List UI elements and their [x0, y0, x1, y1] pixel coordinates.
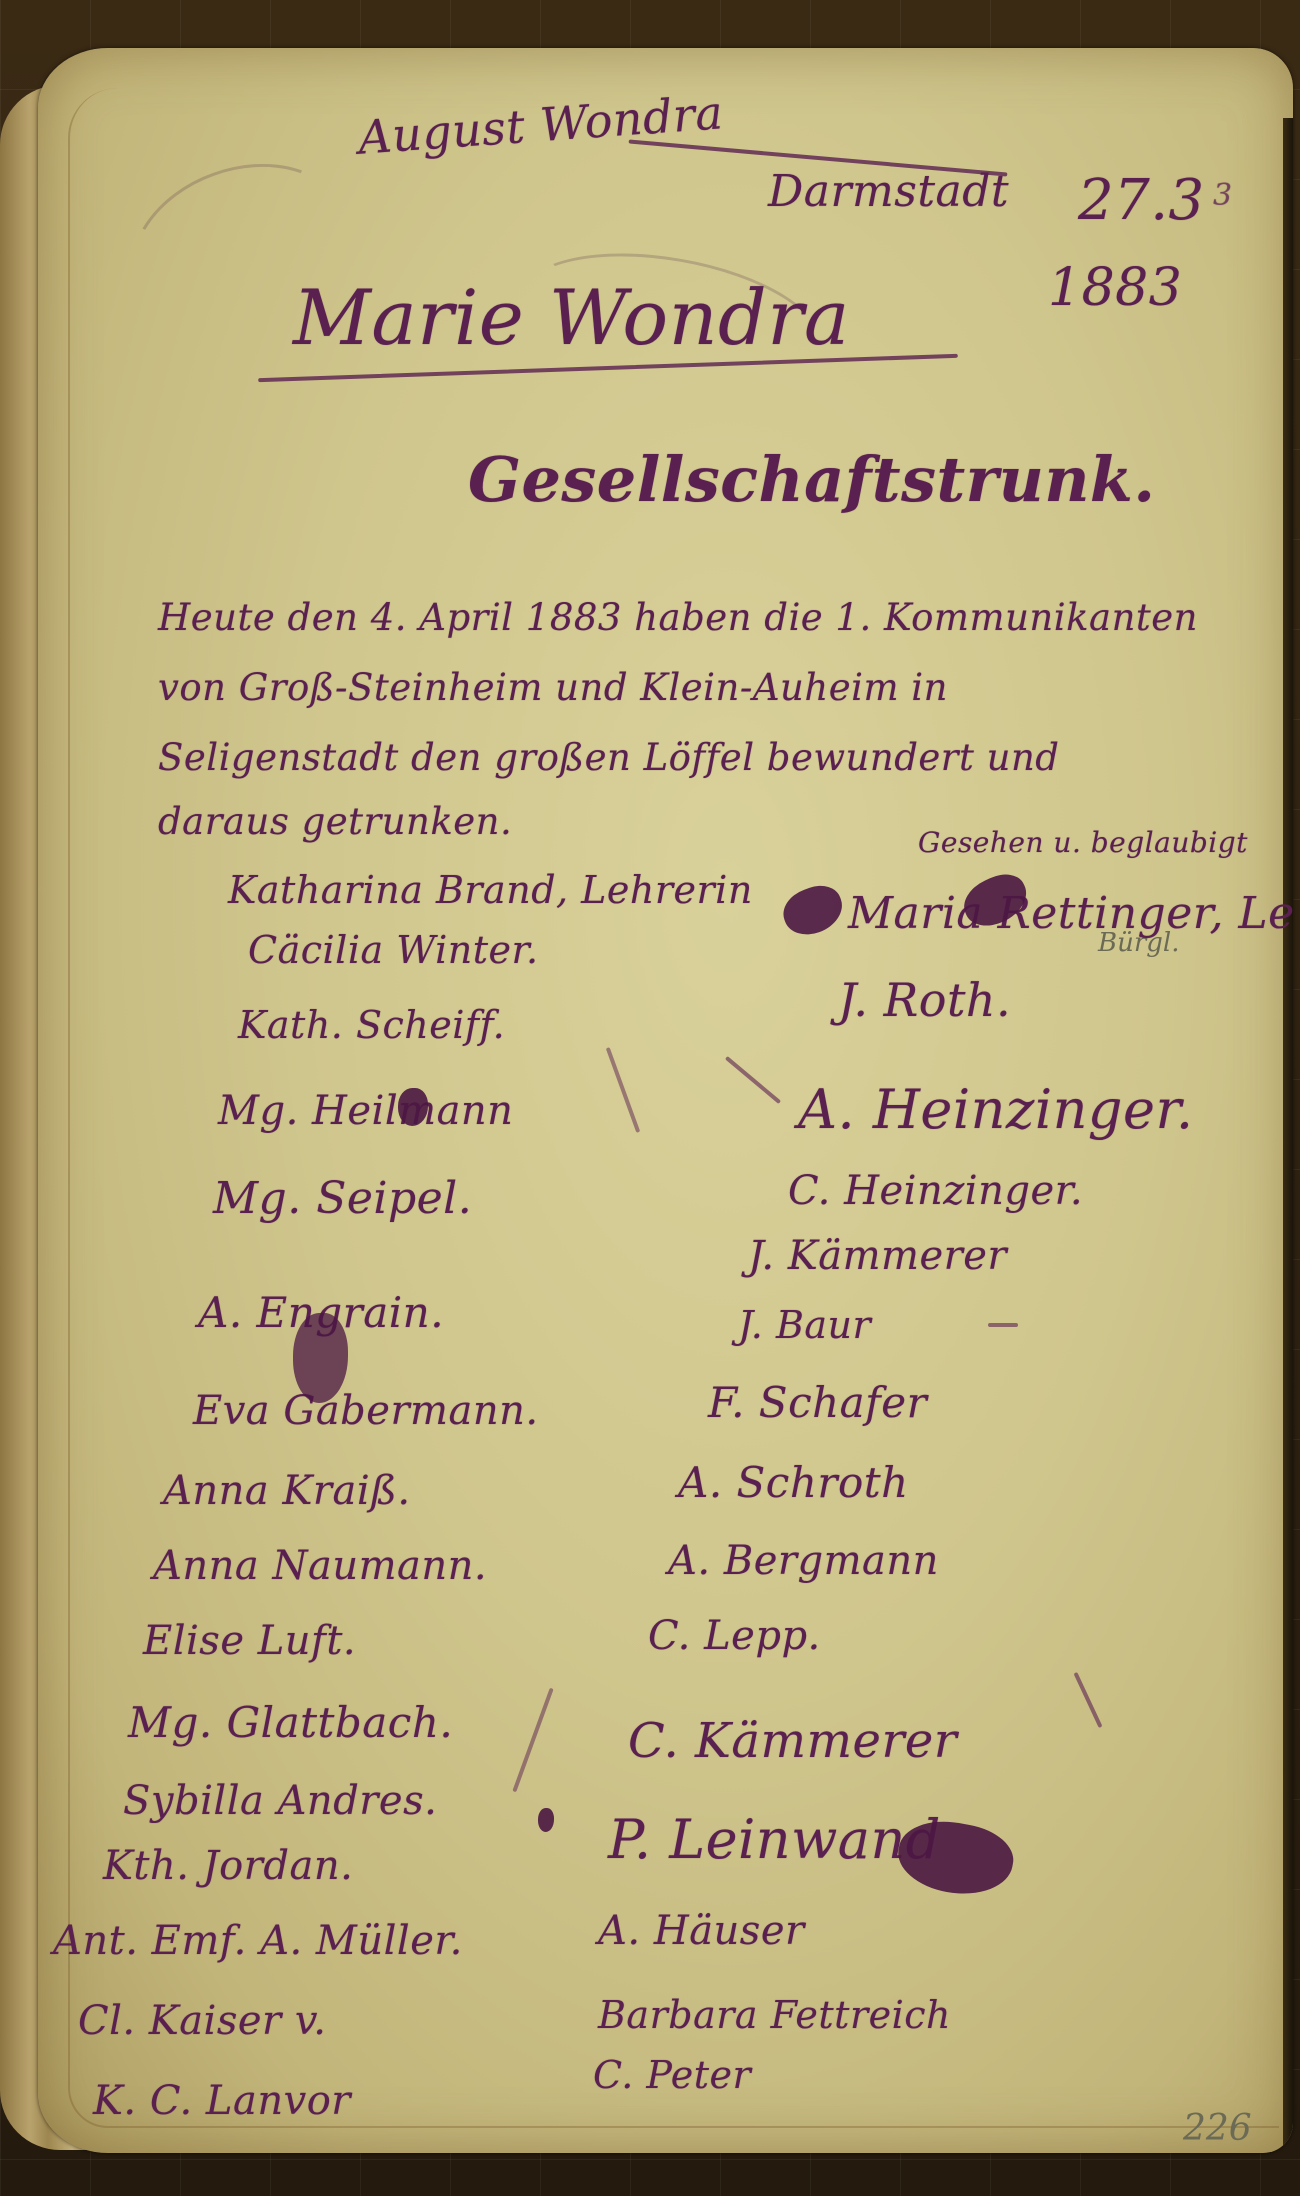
page-number: 226: [1183, 2108, 1252, 2149]
signature-right: J. Kämmerer: [748, 1233, 1007, 1279]
signature-right: A. Häuser: [598, 1908, 805, 1954]
signature-right: A. Bergmann: [668, 1538, 939, 1584]
signature-right: A. Schroth: [678, 1458, 909, 1507]
signature-left: Anna Kraiß.: [163, 1468, 411, 1514]
signature-right: P. Leinwand: [608, 1808, 941, 1871]
signature-right: C. Lepp.: [648, 1613, 821, 1659]
header-name-top: August Wondra: [357, 85, 725, 164]
header-year: 1883: [1048, 258, 1182, 318]
header-signature: Marie Wondra: [293, 273, 850, 362]
signature-right: Maria Rettinger, Lehrerin: [848, 888, 1293, 939]
body-line-1: Heute den 4. April 1883 haben die 1. Kom…: [158, 596, 1198, 639]
signature-left: Sybilla Andres.: [123, 1778, 437, 1824]
signature-left: Eva Gabermann.: [193, 1388, 539, 1434]
signature-right: A. Heinzinger.: [798, 1078, 1194, 1141]
signature-left: Mg. Glattbach.: [128, 1698, 453, 1747]
corner-mark: 3: [1213, 178, 1233, 213]
signature-left: K. C. Lanvor: [93, 2078, 351, 2124]
header-date: 27.3: [1078, 168, 1205, 233]
body-line-2: von Groß-Steinheim und Klein-Auheim in: [158, 666, 948, 709]
signature-left: Cl. Kaiser v.: [78, 1998, 326, 2044]
signature-left: Kath. Scheiff.: [238, 1003, 505, 1047]
signature-left: Elise Luft.: [143, 1618, 356, 1664]
signature-right: C. Kämmerer: [628, 1713, 957, 1769]
signature-right: F. Schafer: [708, 1378, 927, 1427]
signature-left: Anna Naumann.: [153, 1543, 487, 1589]
signature-left: Mg. Seipel.: [213, 1173, 472, 1224]
page-right-edge: [1283, 118, 1293, 2153]
header-place: Darmstadt: [768, 166, 1009, 217]
stray-stroke: [606, 1047, 641, 1133]
signature-left: Kth. Jordan.: [103, 1843, 353, 1889]
signature-left: Katharina Brand, Lehrerin: [228, 868, 753, 912]
annotation-verified: Gesehen u. beglaubigt: [918, 826, 1248, 859]
signature-right: C. Heinzinger.: [788, 1168, 1083, 1214]
signature-left: Ant. Emf. A. Müller.: [53, 1918, 463, 1964]
signature-right: Barbara Fettreich: [598, 1993, 951, 2037]
signature-left: Mg. Heilmann: [218, 1088, 513, 1134]
ink-blot: [777, 879, 849, 942]
signature-right: C. Peter: [593, 2053, 751, 2097]
page-title: Gesellschaftstrunk.: [468, 443, 1155, 516]
signature-right: J. Baur: [738, 1303, 871, 1347]
signature-right: J. Roth.: [838, 973, 1011, 1027]
body-line-4: daraus getrunken.: [158, 800, 512, 843]
stray-stroke: [512, 1688, 553, 1793]
body-line-3: Seligenstadt den großen Löffel bewundert…: [158, 736, 1059, 779]
ledger-page: August Wondra Darmstadt 27.3 1883 Marie …: [38, 48, 1293, 2153]
stray-stroke: [1074, 1672, 1103, 1728]
stray-stroke: [988, 1323, 1018, 1327]
signature-left: Cäcilia Winter.: [248, 928, 539, 972]
ink-blot: [538, 1808, 554, 1832]
stray-stroke: [725, 1056, 781, 1104]
